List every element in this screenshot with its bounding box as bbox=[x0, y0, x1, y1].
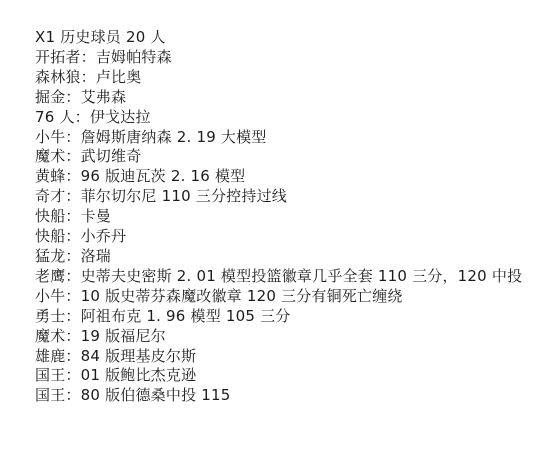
colon-separator: ： bbox=[65, 167, 80, 185]
player-line: 勇士：阿祖布克 1. 96 模型 105 三分 bbox=[35, 307, 523, 327]
team-name: 黄蜂 bbox=[35, 167, 65, 185]
player-desc: 卡曼 bbox=[81, 207, 111, 225]
team-name: 快船 bbox=[35, 207, 65, 225]
team-name: 开拓者 bbox=[35, 48, 81, 66]
team-name: 国王 bbox=[35, 386, 65, 404]
team-name: 魔术 bbox=[35, 147, 65, 165]
player-line: 雄鹿：84 版理基皮尔斯 bbox=[35, 347, 523, 367]
player-desc: 01 版鲍比杰克逊 bbox=[81, 366, 197, 384]
player-desc: 艾弗森 bbox=[81, 88, 127, 106]
player-line: 森林狼：卢比奥 bbox=[35, 68, 523, 88]
player-line: 开拓者：吉姆帕特森 bbox=[35, 48, 523, 68]
colon-separator: ： bbox=[65, 287, 80, 305]
team-name: 快船 bbox=[35, 227, 65, 245]
player-desc: 阿祖布克 1. 96 模型 105 三分 bbox=[81, 307, 291, 325]
colon-separator: ： bbox=[81, 68, 96, 86]
team-name: 国王 bbox=[35, 366, 65, 384]
player-desc: 19 版福尼尔 bbox=[81, 327, 166, 345]
player-line: 快船：卡曼 bbox=[35, 207, 523, 227]
player-line: 国王：80 版伯德桑中投 115 bbox=[35, 386, 523, 406]
team-name: 76 人 bbox=[35, 108, 75, 126]
player-desc: 84 版理基皮尔斯 bbox=[81, 347, 197, 365]
team-name: 猛龙 bbox=[35, 247, 65, 265]
colon-separator: ： bbox=[65, 386, 80, 404]
colon-separator: ： bbox=[65, 327, 80, 345]
team-name: 森林狼 bbox=[35, 68, 81, 86]
player-line: 76 人：伊戈达拉 bbox=[35, 108, 523, 128]
player-line: 魔术：19 版福尼尔 bbox=[35, 327, 523, 347]
player-desc: 洛瑞 bbox=[81, 247, 111, 265]
player-line: 国王：01 版鲍比杰克逊 bbox=[35, 366, 523, 386]
player-desc: 小乔丹 bbox=[81, 227, 127, 245]
colon-separator: ： bbox=[65, 187, 80, 205]
team-name: 奇才 bbox=[35, 187, 65, 205]
player-list-document: X1 历史球员 20 人 开拓者：吉姆帕特森 森林狼：卢比奥 掘金：艾弗森 76… bbox=[0, 0, 533, 456]
colon-separator: ： bbox=[65, 227, 80, 245]
player-line: 黄蜂：96 版迪瓦茨 2. 16 模型 bbox=[35, 167, 523, 187]
colon-separator: ： bbox=[65, 147, 80, 165]
colon-separator: ： bbox=[81, 48, 96, 66]
team-name: 掘金 bbox=[35, 88, 65, 106]
player-line: 老鹰：史蒂夫史密斯 2. 01 模型投篮徽章几乎全套 110 三分，120 中投 bbox=[35, 267, 523, 287]
colon-separator: ： bbox=[65, 207, 80, 225]
list-title: X1 历史球员 20 人 bbox=[35, 28, 523, 48]
colon-separator: ： bbox=[65, 366, 80, 384]
team-name: 勇士 bbox=[35, 307, 65, 325]
colon-separator: ： bbox=[65, 247, 80, 265]
team-name: 小牛 bbox=[35, 287, 65, 305]
player-desc: 伊戈达拉 bbox=[90, 108, 151, 126]
team-name: 魔术 bbox=[35, 327, 65, 345]
player-line: 魔术：武切维奇 bbox=[35, 147, 523, 167]
player-desc: 武切维奇 bbox=[81, 147, 142, 165]
player-desc: 吉姆帕特森 bbox=[96, 48, 172, 66]
colon-separator: ： bbox=[65, 267, 80, 285]
player-line: 掘金：艾弗森 bbox=[35, 88, 523, 108]
colon-separator: ： bbox=[65, 128, 80, 146]
player-desc: 菲尔切尔尼 110 三分控持过线 bbox=[81, 187, 287, 205]
player-line: 快船：小乔丹 bbox=[35, 227, 523, 247]
player-line: 奇才：菲尔切尔尼 110 三分控持过线 bbox=[35, 187, 523, 207]
team-name: 小牛 bbox=[35, 128, 65, 146]
player-desc: 10 版史蒂芬森魔改徽章 120 三分有铜死亡缠绕 bbox=[81, 287, 403, 305]
team-name: 雄鹿 bbox=[35, 347, 65, 365]
player-line: 小牛：詹姆斯唐纳森 2. 19 大模型 bbox=[35, 128, 523, 148]
colon-separator: ： bbox=[75, 108, 90, 126]
colon-separator: ： bbox=[65, 307, 80, 325]
player-desc: 96 版迪瓦茨 2. 16 模型 bbox=[81, 167, 246, 185]
player-line: 小牛：10 版史蒂芬森魔改徽章 120 三分有铜死亡缠绕 bbox=[35, 287, 523, 307]
player-line: 猛龙：洛瑞 bbox=[35, 247, 523, 267]
colon-separator: ： bbox=[65, 347, 80, 365]
player-desc: 卢比奥 bbox=[96, 68, 142, 86]
player-desc: 80 版伯德桑中投 115 bbox=[81, 386, 231, 404]
team-name: 老鹰 bbox=[35, 267, 65, 285]
player-desc: 史蒂夫史密斯 2. 01 模型投篮徽章几乎全套 110 三分，120 中投 bbox=[81, 267, 523, 285]
player-desc: 詹姆斯唐纳森 2. 19 大模型 bbox=[81, 128, 267, 146]
colon-separator: ： bbox=[65, 88, 80, 106]
